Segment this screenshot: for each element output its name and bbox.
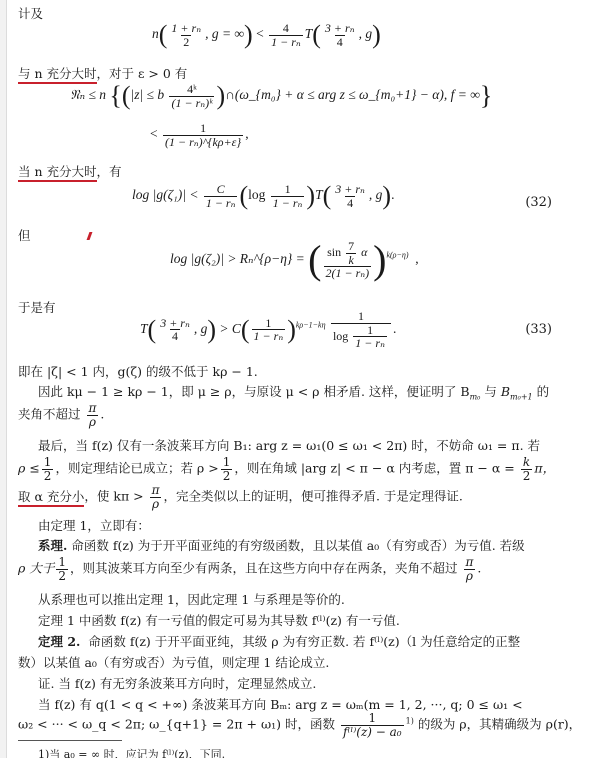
equation-number-33: (33) xyxy=(525,322,552,337)
text-line: 当 n 充分大时，有 xyxy=(18,162,122,180)
text-line: ρ ≤12，则定理结论已成立；若 ρ >12，则在角域 |arg z| < π … xyxy=(18,456,555,482)
equation-3: < 1(1 − rₙ)^{kρ+ε}, xyxy=(150,122,249,148)
text-line: 于是有 xyxy=(18,298,56,316)
text-line: 最后，当 f(z) 仅有一条波莱耳方向 B₁: arg z = ω₁(0 ≤ ω… xyxy=(38,436,540,454)
text-line: 定理 2. 命函数 f(z) 于开平面亚纯，其级 ρ 为有穷正数. 若 f⁽ˡ⁾… xyxy=(38,632,520,650)
text-line: 由定理 1，立即有： xyxy=(38,516,150,534)
text-line: ω₂ < ··· < ω_q < 2π; ω_{q+1} = 2π + ω₁) … xyxy=(18,712,581,738)
text-line: 数）以某值 a₀（有穷或否）为亏值，则定理 1 结论成立. xyxy=(18,653,329,671)
text-line: 因此 kμ − 1 ≥ kρ − 1，即 μ ≥ ρ，与原设 μ < ρ 相矛盾… xyxy=(38,382,549,402)
text-line: 系理. 命函数 f(z) 为于开平面亚纯的有穷级函数，且以某值 a₀（有穷或否）… xyxy=(38,536,525,554)
text-line: 证. 当 f(z) 有无穷条波莱耳方向时，定理显然成立. xyxy=(38,674,316,692)
equation-1: n(1 + rₙ2, g = ∞) < 41 − rₙT(3 + rₙ4, g) xyxy=(152,22,381,48)
red-underline-annotation: 当 n 充分大时 xyxy=(18,164,97,182)
equation-32: log |g(ζ₁)| < C1 − rₙ(log 11 − rₙ)T(3 + … xyxy=(132,183,394,209)
text-line: 当 f(z) 有 q(1 < q < +∞) 条波莱耳方向 Bₘ: arg z … xyxy=(38,695,523,713)
text-line: 取 α 充分小，使 kπ > πρ，完全类似以上的证明，便可推得矛盾. 于是定理… xyxy=(18,484,463,510)
page-left-edge xyxy=(0,0,7,758)
text-line: 从系理也可以推出定理 1，因此定理 1 与系理是等价的. xyxy=(38,590,345,608)
red-underline-annotation: 取 α 充分小 xyxy=(18,489,84,507)
equation-5: log |g(ζ₂)| > Rₙ^{ρ−η} = (sin 7k α2(1 − … xyxy=(170,240,419,280)
red-underline-annotation: 与 n 充分大时 xyxy=(18,66,97,84)
footnote-rule xyxy=(18,740,122,741)
text-line: 定理 1 中函数 f(z) 有一亏值的假定可易为其导数 f⁽ˡ⁾(z) 有一亏值… xyxy=(38,611,400,629)
red-pen-mark xyxy=(87,232,93,240)
footnote: 1)当 a₀ = ∞ 时，应记为 f⁽ˡ⁾(z)，下同. xyxy=(38,746,225,758)
text-line: 计及 xyxy=(18,4,43,22)
equation-33: T(3 + rₙ4, g) > C(11 − rₙ)kρ−1−kη 1log 1… xyxy=(140,310,396,350)
text-line: 但 xyxy=(18,226,31,244)
text-line: 夹角不超过 πρ. xyxy=(18,402,104,428)
equation-2: 𝔑ₙ ≤ n {(|z| ≤ b 4ᵏ(1 − rₙ)ᵏ)∩(ω_{m₀} + … xyxy=(70,83,492,109)
equation-number-32: (32) xyxy=(525,195,552,210)
text-line: 与 n 充分大时，对于 ε > 0 有 xyxy=(18,64,187,82)
text-line: ρ 大于12，则其波莱耳方向至少有两条，且在这些方向中存在两条，夹角不超过 πρ… xyxy=(18,556,481,582)
text-line: 即在 |ζ| < 1 内，g(ζ) 的级不低于 kρ − 1. xyxy=(18,362,258,380)
